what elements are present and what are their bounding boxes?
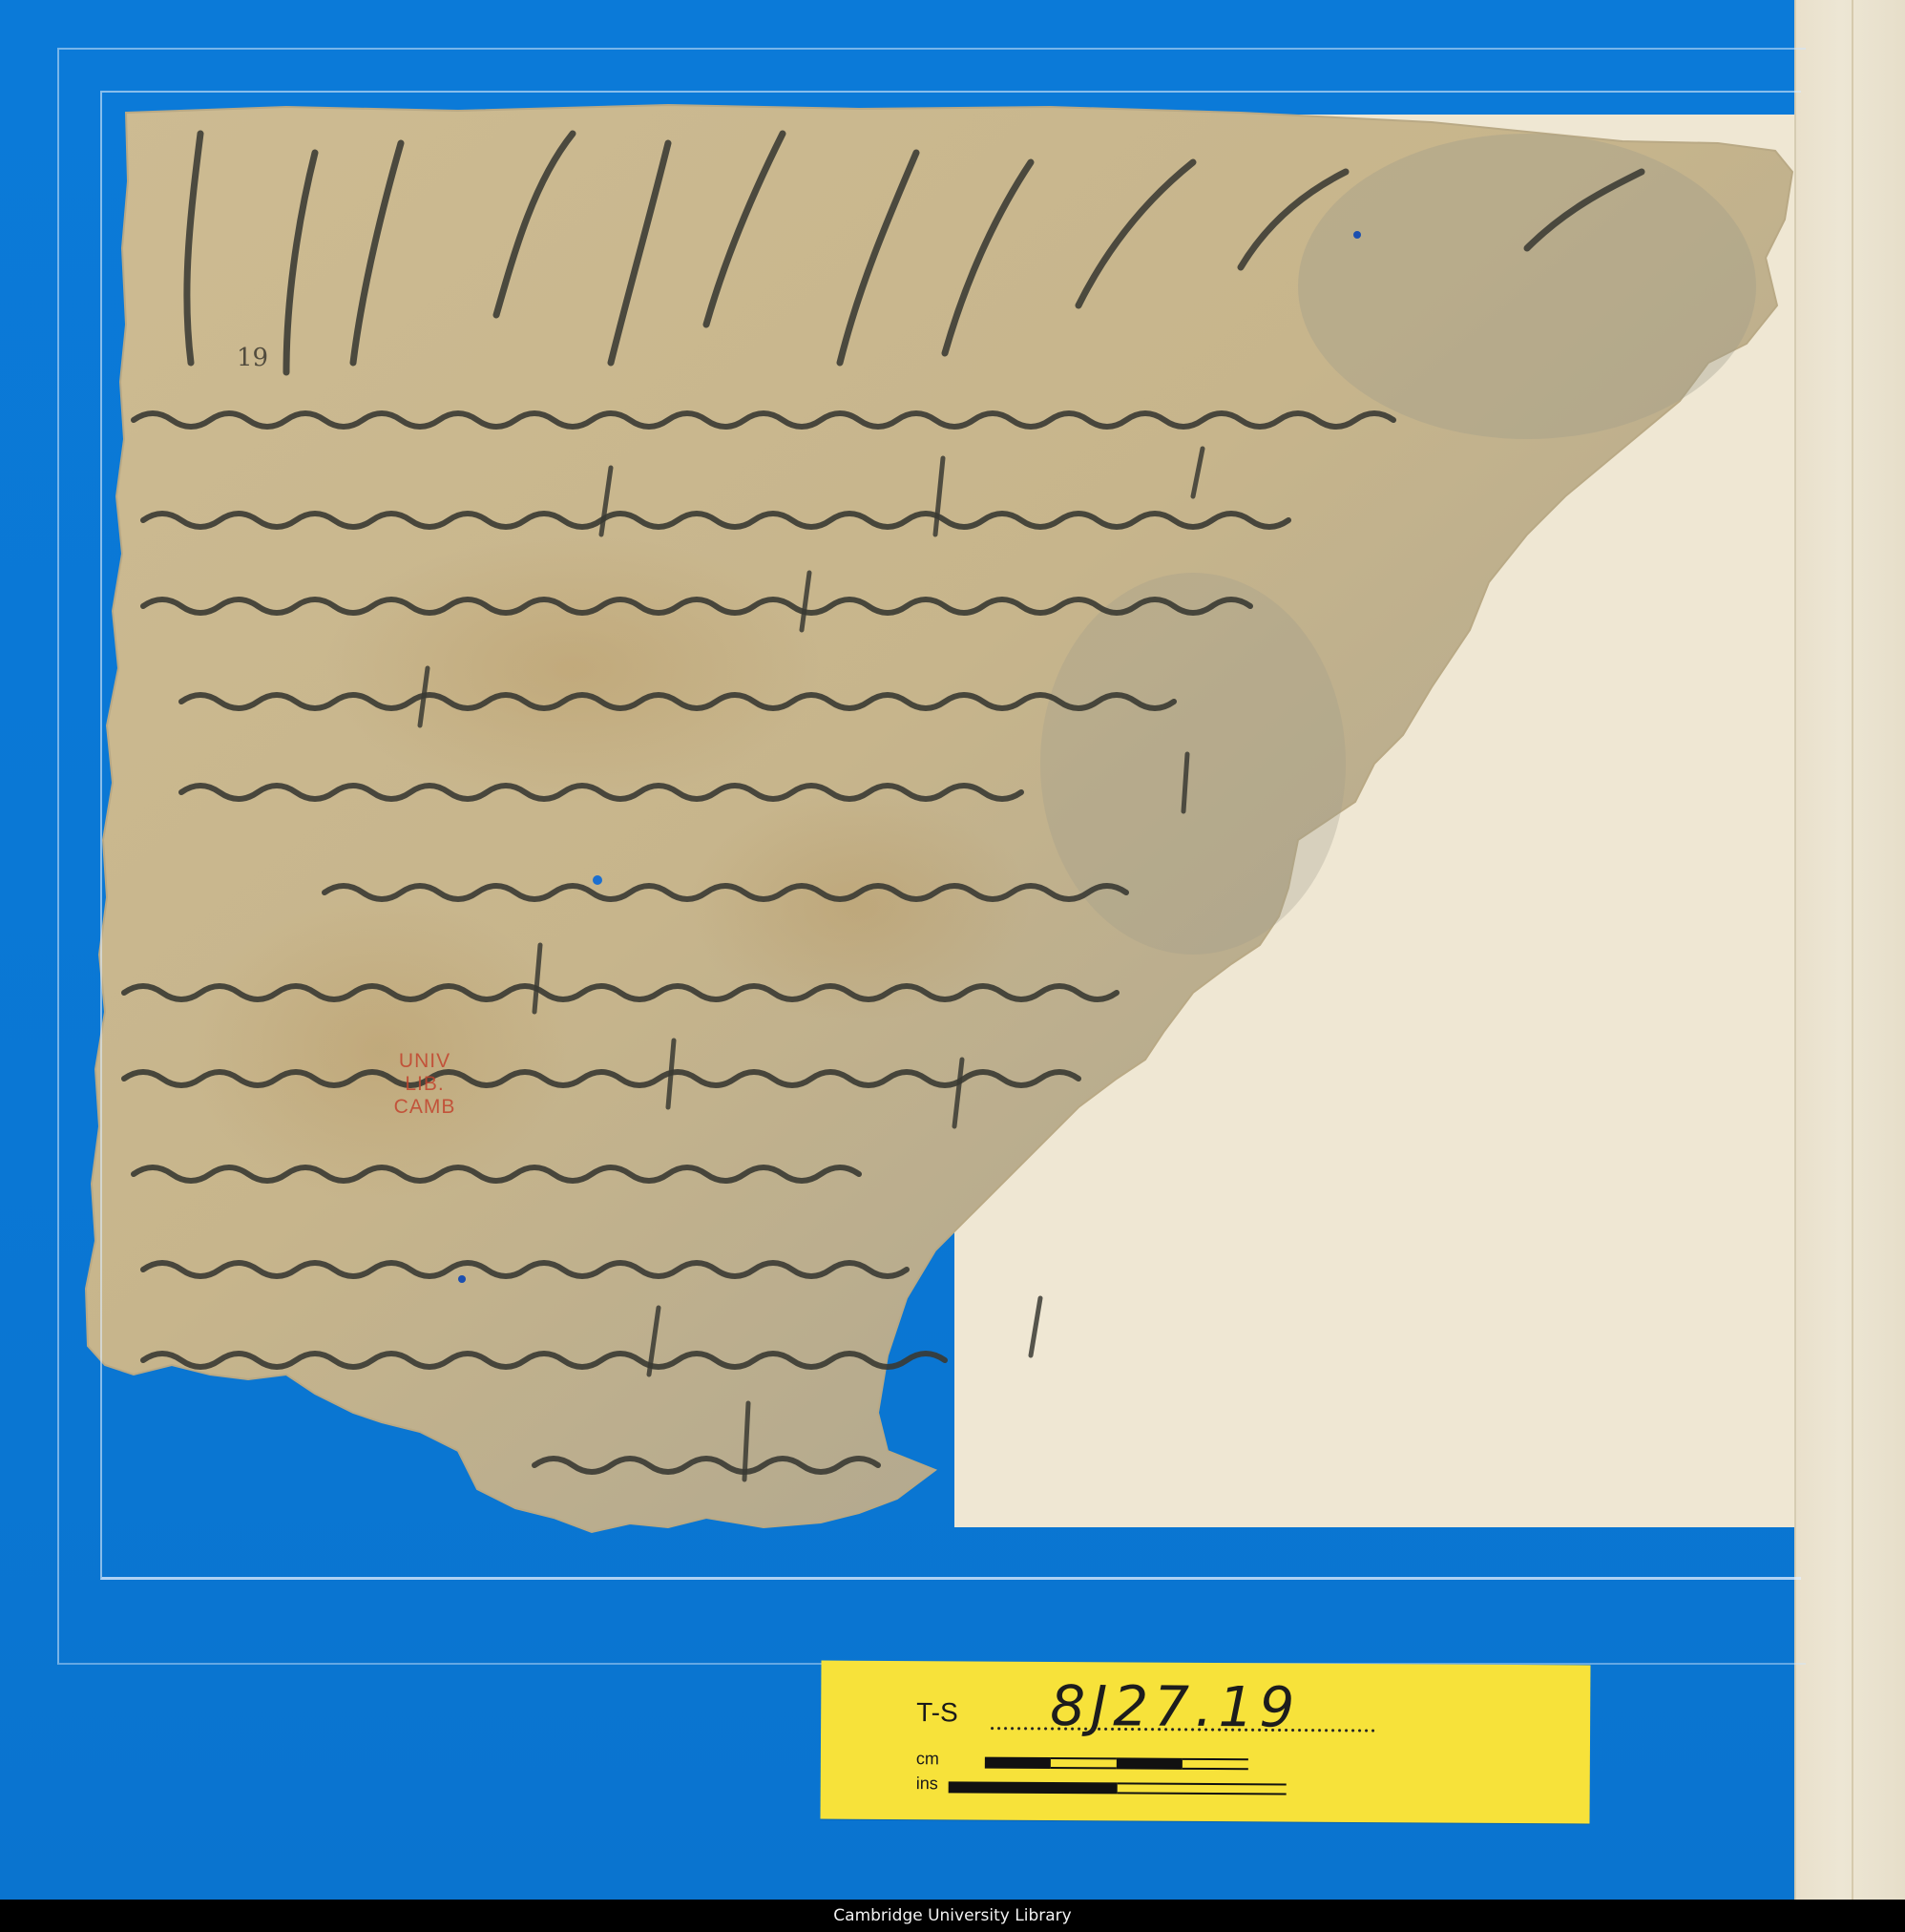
scale-bar-ins (949, 1781, 1287, 1795)
folio-number: 19 (237, 344, 268, 372)
label-prefix: T-S (916, 1697, 958, 1728)
scale-cm-label: cm (916, 1749, 939, 1769)
scale-bar-cm (985, 1757, 1248, 1771)
manuscript-photo: 19 UNIV LIB. CAMB T-S 8J27.19 cm ins (0, 0, 1905, 1900)
shelfmark-label: T-S 8J27.19 cm ins (821, 1661, 1591, 1824)
polyester-sleeve-inner-edge (100, 91, 1801, 1580)
stamp-line-2: LIB. (391, 1073, 458, 1096)
stamp-line-1: UNIV (391, 1050, 458, 1073)
stamp-line-3: CAMB (391, 1096, 458, 1119)
footer-credit: Cambridge University Library (0, 1900, 1905, 1932)
scale-ins-label: ins (916, 1774, 938, 1794)
library-stamp: UNIV LIB. CAMB (391, 1050, 458, 1119)
